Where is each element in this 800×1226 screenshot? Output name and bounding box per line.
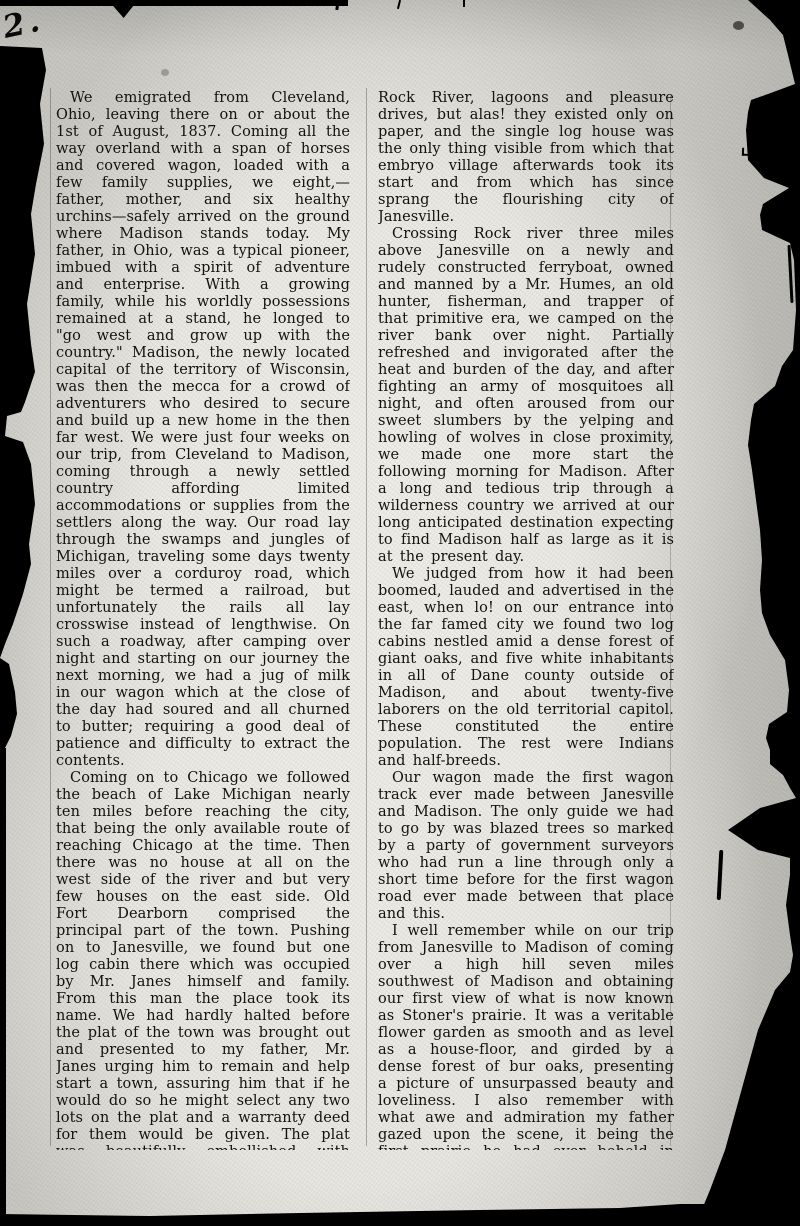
article-paragraph: Coming on to Chicago we followed the bea… bbox=[56, 770, 350, 1150]
article-paragraph: Crossing Rock river three miles above Ja… bbox=[378, 226, 674, 566]
article-paragraph-continuation: Rock River, lagoons and pleasure drives,… bbox=[378, 90, 674, 226]
paper-stain bbox=[733, 21, 744, 30]
article-paragraph: We judged from how it had been boomed, l… bbox=[378, 566, 674, 770]
article-column-left: We emigrated from Cleveland, Ohio, leavi… bbox=[56, 90, 350, 1150]
column-rule-left bbox=[50, 88, 51, 1146]
scan-artifact-tick bbox=[463, 0, 465, 7]
scan-artifact-left-edge bbox=[0, 748, 6, 1226]
article-paragraph: Our wagon made the first wagon track eve… bbox=[378, 770, 674, 923]
scanned-page: 2. We emigrated from Cleveland, Ohio, le… bbox=[0, 0, 800, 1226]
column-rule-middle bbox=[366, 88, 367, 1146]
article-paragraph: I well remember while on our trip from J… bbox=[378, 923, 674, 1150]
article-column-right: Rock River, lagoons and pleasure drives,… bbox=[378, 90, 674, 1150]
handwritten-bracket-mark bbox=[742, 148, 760, 157]
scan-artifact-top-edge bbox=[0, 0, 348, 6]
paper-stain bbox=[161, 69, 169, 76]
article-paragraph: We emigrated from Cleveland, Ohio, leavi… bbox=[56, 90, 350, 770]
